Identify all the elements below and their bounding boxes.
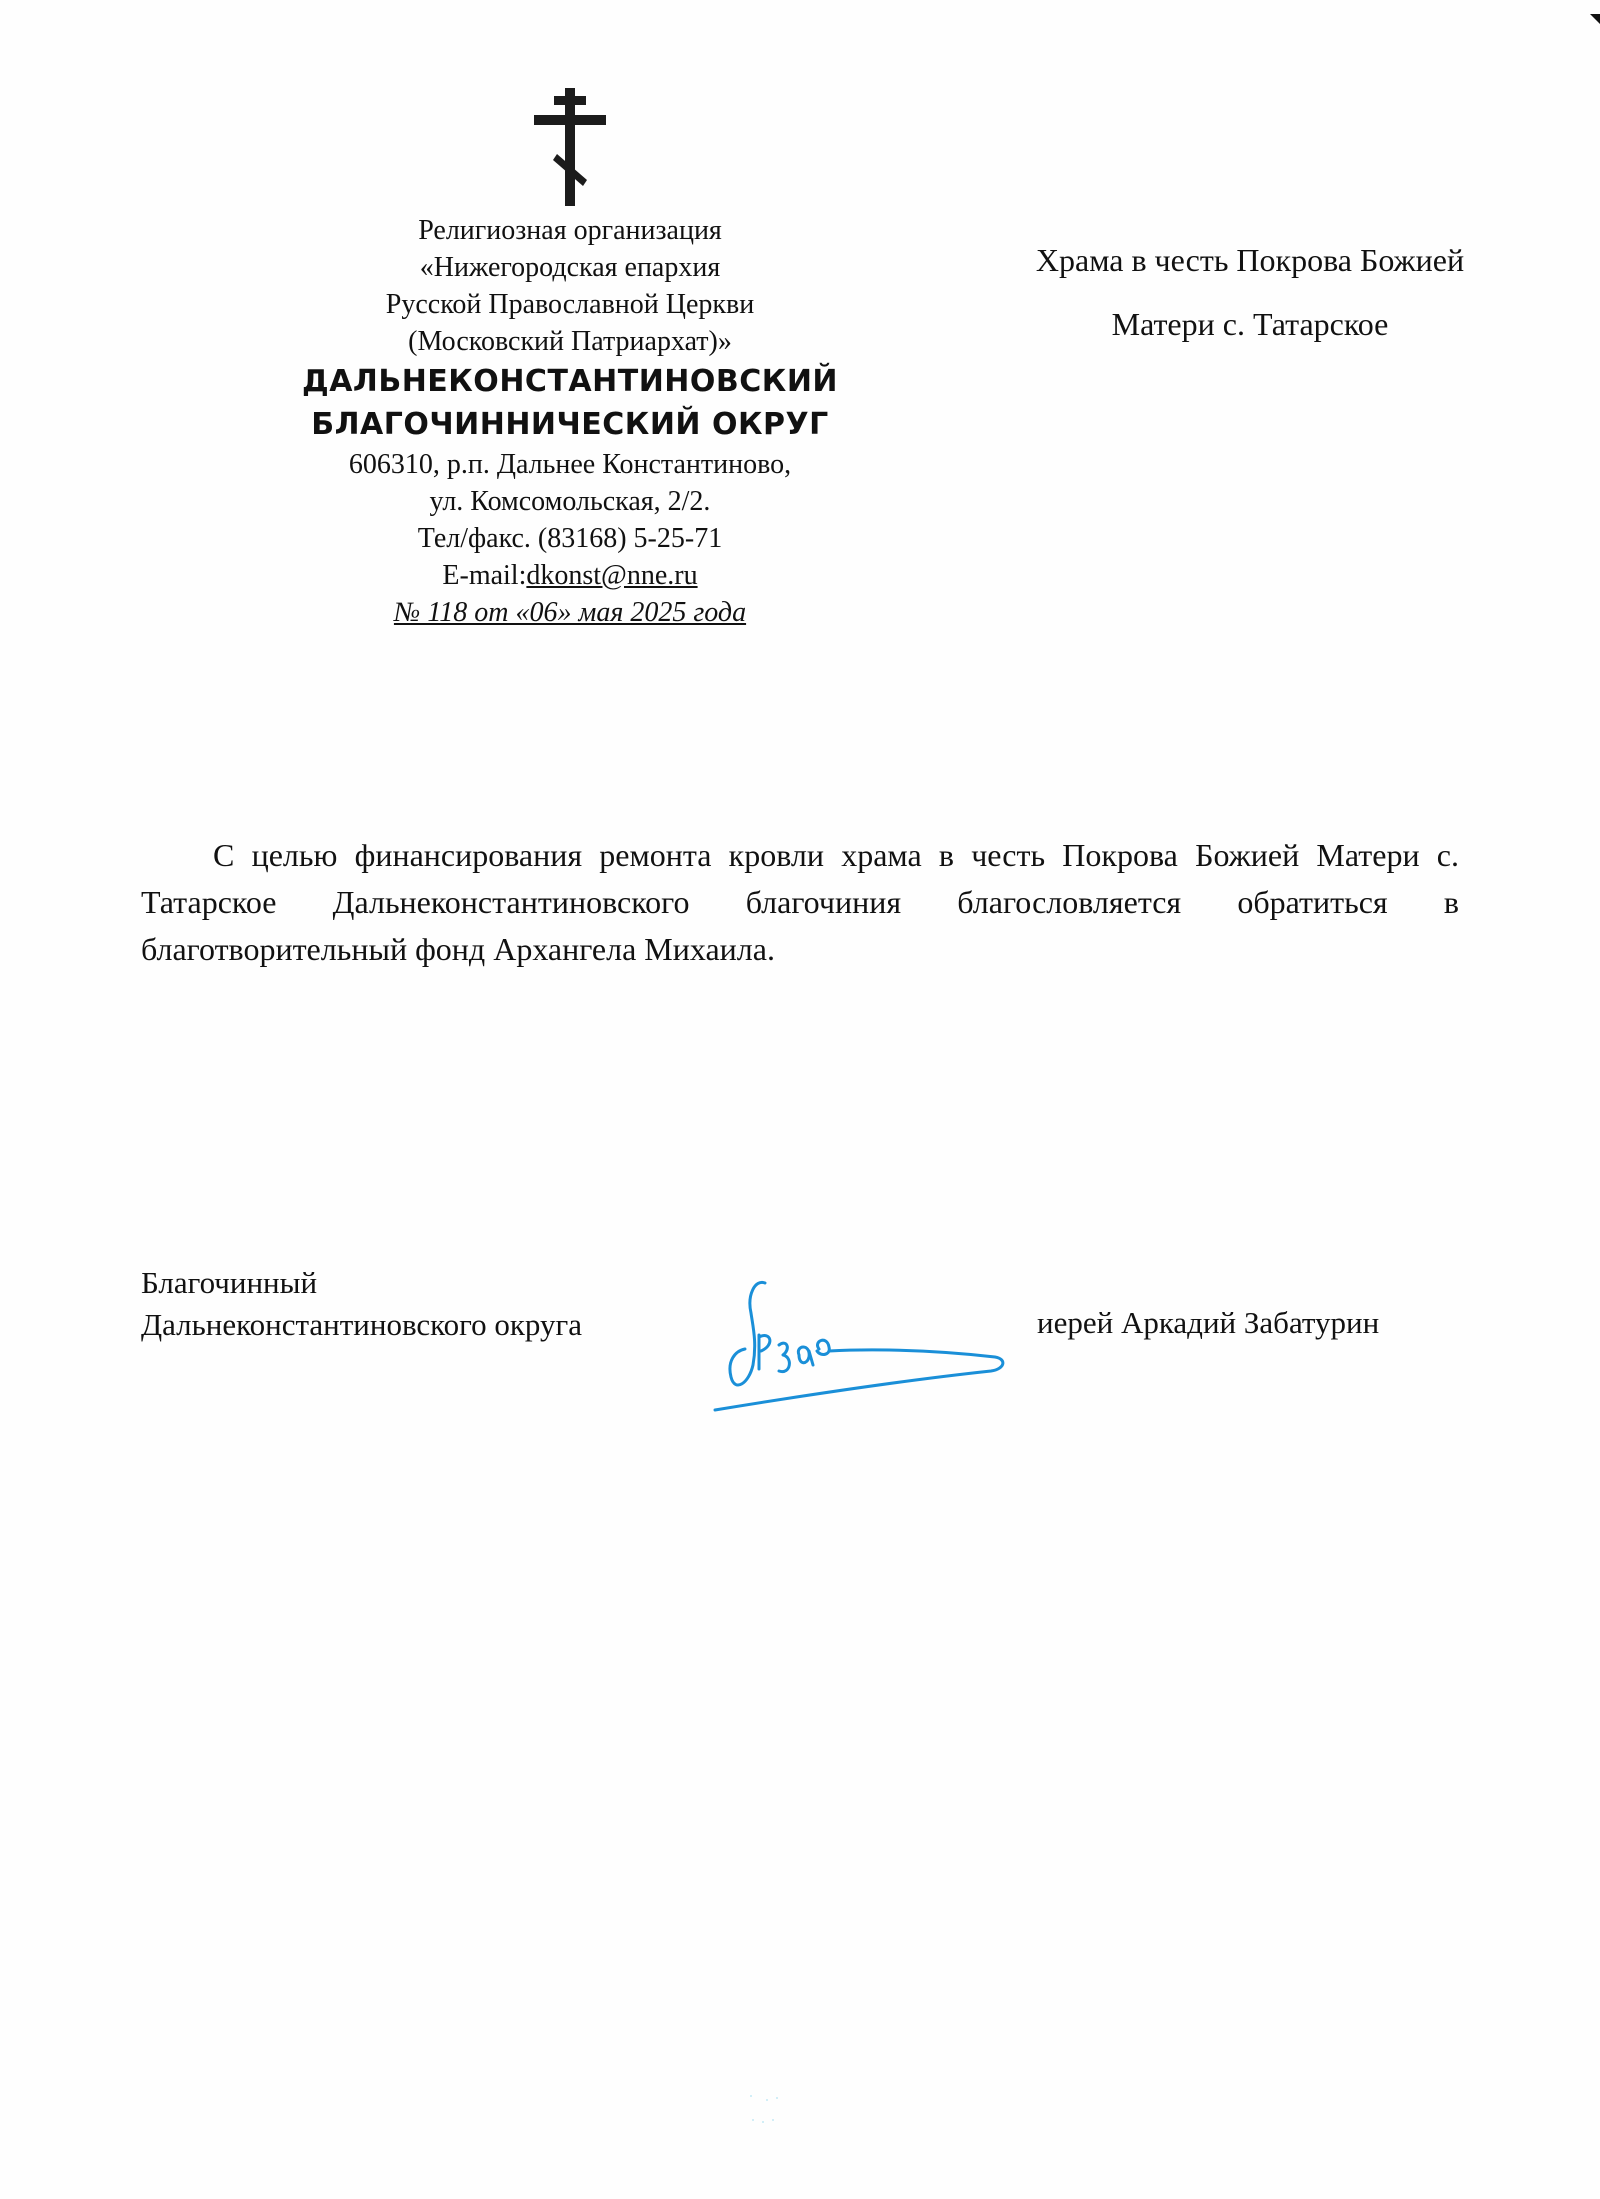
org-line: Религиозная организация	[250, 212, 890, 249]
handwritten-signature-icon	[695, 1265, 1015, 1425]
document-reference: № 118 от «06» мая 2025 года	[250, 594, 890, 632]
letter-page: Религиозная организация «Нижегородская е…	[0, 0, 1600, 2199]
phone-fax: Тел/факс. (83168) 5-25-71	[250, 520, 890, 557]
addressee-line: Храма в честь Покрова Божией	[980, 228, 1520, 292]
address-line: ул. Комсомольская, 2/2.	[250, 483, 890, 520]
district-name: БЛАГОЧИННИЧЕСКИЙ ОКРУГ	[250, 403, 890, 446]
signatory-title-line: Дальнеконстантиновского округа	[141, 1304, 582, 1346]
address-line: 606310, р.п. Дальнее Константиново,	[250, 446, 890, 483]
org-line: Русской Православной Церкви	[250, 286, 890, 323]
scan-artifact	[745, 2090, 835, 2130]
signatory-name: иерей Аркадий Забатурин	[1037, 1302, 1379, 1344]
signatory-title: Благочинный Дальнеконстантиновского окру…	[141, 1262, 582, 1346]
orthodox-cross-icon	[530, 88, 610, 206]
addressee: Храма в честь Покрова Божией Матери с. Т…	[980, 228, 1520, 356]
district-name: ДАЛЬНЕКОНСТАНТИНОВСКИЙ	[250, 360, 890, 403]
scan-corner-mark	[1590, 14, 1600, 24]
body-paragraph: С целью финансирования ремонта кровли хр…	[141, 832, 1459, 973]
email-link[interactable]: dkonst@nne.ru	[526, 560, 697, 591]
letterhead: Религиозная организация «Нижегородская е…	[250, 88, 890, 632]
email-line: E-mail:dkonst@nne.ru	[250, 557, 890, 594]
addressee-line: Матери с. Татарское	[980, 292, 1520, 356]
org-line: (Московский Патриархат)»	[250, 323, 890, 360]
signatory-title-line: Благочинный	[141, 1262, 582, 1304]
org-line: «Нижегородская епархия	[250, 249, 890, 286]
email-label: E-mail:	[442, 560, 526, 591]
